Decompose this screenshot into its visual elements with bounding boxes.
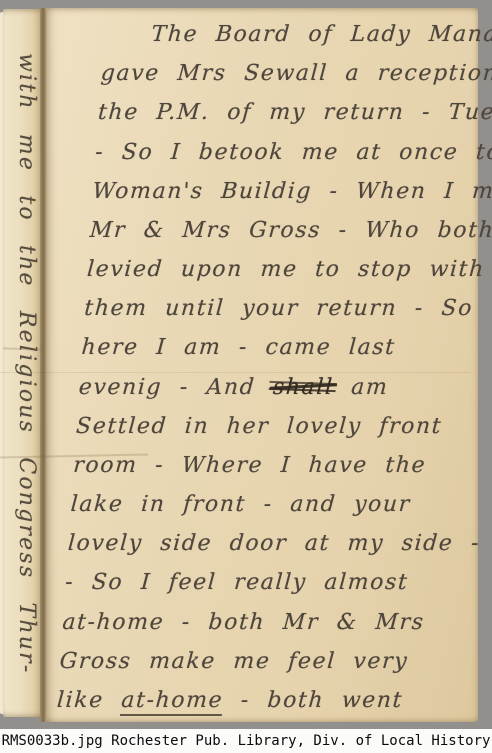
letter-line: lovely side door at my side - [67, 531, 489, 557]
letter-line: at-home - both Mr & Mrs [61, 610, 483, 636]
caption-text: RMS0033b.jpg Rochester Pub. Library, Div… [2, 733, 491, 749]
letter-line: gave Mrs Sewall a reception [100, 61, 492, 87]
left-page-margin: with me to the Religious Congress Thur- [3, 9, 40, 717]
line-post-text: - both went [222, 688, 404, 713]
letter-line: room - Where I have the [72, 453, 492, 479]
line-pre-text: evenig - And [78, 375, 274, 400]
struck-out-word: shall [272, 375, 334, 400]
margin-note-text: with me to the Religious Congress Thur- [11, 53, 41, 693]
line-pre-text: like [56, 688, 122, 713]
letter-line: - So I betook me at once to [94, 140, 492, 166]
letter-line: Mr & Mrs Gross - Who both [89, 218, 492, 244]
letter-line: lake in front - and your [70, 492, 492, 518]
fold-crease [40, 8, 47, 722]
letter-line: Woman's Buildig - When I met [92, 179, 492, 205]
letter-line: The Board of Lady Managers [103, 22, 492, 48]
letter-text: The Board of Lady Managers gave Mrs Sewa… [56, 22, 492, 714]
letter-line: Gross make me feel very [59, 649, 481, 675]
letter-line: Settled in her lovely front [75, 414, 492, 440]
line-post-text: am [333, 375, 390, 400]
letter-line: - So I feel really almost [64, 570, 486, 596]
letter-line-with-underline: like at-home - both went [56, 688, 478, 714]
underlined-word: at-home [120, 688, 224, 716]
letter-line: the P.M. of my return - Tuesdy- [97, 100, 492, 126]
letter-line: levied upon me to stop with [86, 257, 492, 283]
letter-line: them until your return - So [83, 296, 492, 322]
letter-line: here I am - came last [81, 335, 492, 361]
scan-background: with me to the Religious Congress Thur- … [0, 0, 492, 753]
letter-line-with-strikeout: evenig - And shall am [78, 375, 492, 401]
caption-bar: RMS0033b.jpg Rochester Pub. Library, Div… [0, 729, 492, 753]
